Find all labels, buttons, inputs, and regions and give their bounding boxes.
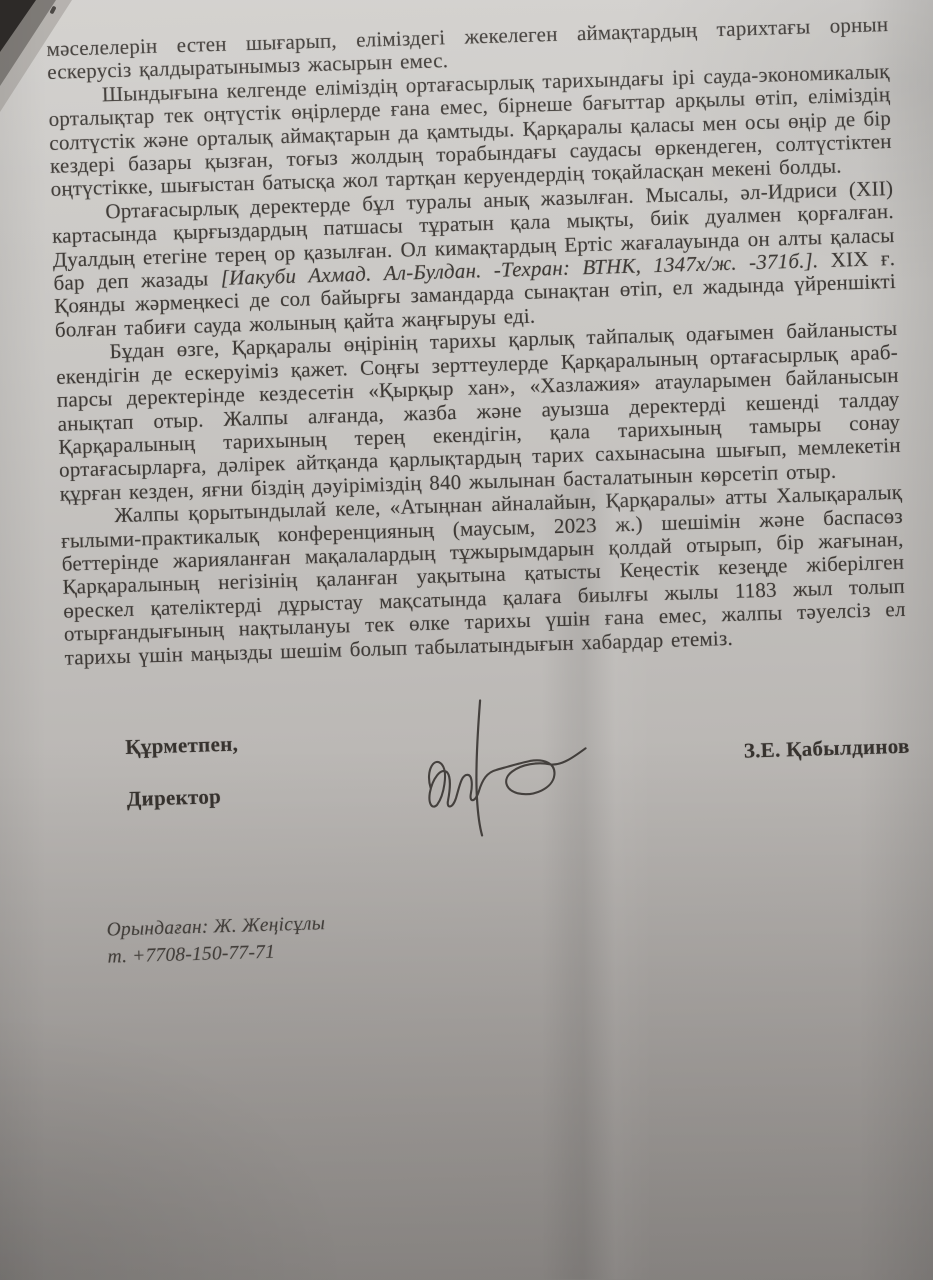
- signature-icon: [414, 691, 597, 851]
- photo-corner-shadow: [0, 0, 36, 52]
- scanned-letter-photo: мәселелерін естен шығарып, еліміздегі же…: [0, 0, 933, 1280]
- document-body: мәселелерін естен шығарып, еліміздегі же…: [46, 5, 907, 670]
- paragraph: Бұдан өзге, Қарқаралы өңірінің тарихы қа…: [55, 317, 901, 506]
- executor-block: Орындаған: Ж. Жеңісұлы т. +7708-150-77-7…: [106, 910, 326, 970]
- closing-block: Құрметпен, Директор З.Е. Қабылдинов: [67, 700, 913, 885]
- regards-label: Құрметпен,: [125, 732, 239, 760]
- text-run: Бұдан өзге, Қарқаралы өңірінің тарихы қа…: [56, 316, 901, 505]
- executor-phone: т. +7708-150-77-71: [107, 937, 326, 970]
- text-run: Жалпы қорытындылай келе, «Атыңнан айнала…: [61, 480, 906, 669]
- signer-title: Директор: [126, 784, 221, 812]
- paragraph: Ортағасырлық деректерде бұл туралы анық …: [51, 177, 897, 342]
- letter-page: мәселелерін естен шығарып, еліміздегі же…: [46, 5, 923, 1209]
- signer-name: З.Е. Қабылдинов: [743, 734, 910, 764]
- paragraph: Жалпы қорытындылай келе, «Атыңнан айнала…: [60, 481, 906, 670]
